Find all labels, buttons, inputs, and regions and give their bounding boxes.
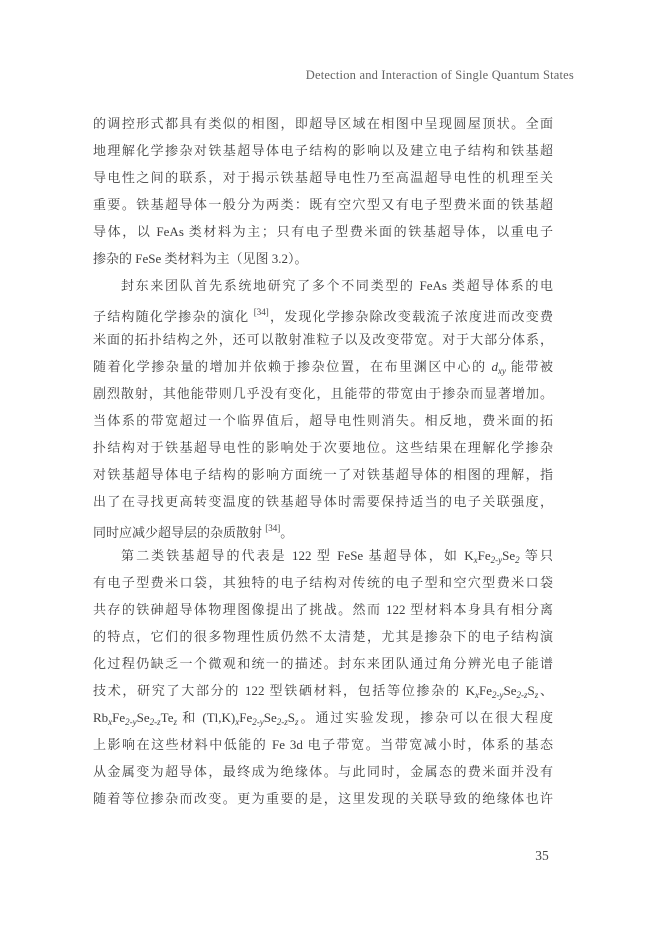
text-segment: Fe: [239, 710, 252, 725]
text-segment: 等只: [520, 548, 553, 563]
subscript: 2-y: [492, 690, 504, 700]
subscript: 2-y: [125, 717, 137, 727]
subscript: 2-z: [277, 717, 288, 727]
subscript: 2-y: [252, 717, 264, 727]
page-number: 35: [520, 848, 564, 864]
text-segment: Fe: [478, 548, 491, 563]
text-segment: 和 (Tl,K): [177, 710, 235, 725]
text-line: 有电子型费米口袋，其独特的电子结构对传统的电子型和空穴型费米口袋: [93, 569, 553, 596]
text-line: 剧烈散射，其他能带则几乎没有变化，且能带的带宽由于掺杂而显著增加。: [93, 380, 553, 407]
text-line: 封东来团队首先系统地研究了多个不同类型的 FeAs 类超导体系的电: [93, 272, 553, 299]
text-line: 从金属变为超导体，最终成为绝缘体。与此同时，金属态的费米面并没有: [93, 758, 553, 785]
document-body: 的调控形式都具有类似的相图，即超导区域在相图中呈现圆屋顶状。全面地理解化学掺杂对…: [93, 110, 553, 812]
text-line: 重要。铁基超导体一般分为两类：既有空穴型又有电子型费米面的铁基超: [93, 191, 553, 218]
text-segment: 随着化学掺杂量的增加并依赖于掺杂位置，在布里渊区中心的: [93, 359, 491, 374]
text-segment: Se: [137, 710, 150, 725]
text-line: 出了在寻找更高转变温度的铁基超导体时需要保持适当的电子关联强度，: [93, 488, 553, 515]
text-line: 地理解化学掺杂对铁基超导体电子结构的影响以及建立电子结构和铁基超: [93, 137, 553, 164]
text-line: 米面的拓扑结构之外，还可以散射准粒子以及改变带宽。对于大部分体系，: [93, 326, 553, 353]
text-line: 技术，研究了大部分的 122 型铁硒材料，包括等位掺杂的 KxFe2-ySe2-…: [93, 677, 553, 704]
text-segment: Se: [264, 710, 277, 725]
text-line: 的调控形式都具有类似的相图，即超导区域在相图中呈现圆屋顶状。全面: [93, 110, 553, 137]
text-line: 的特点，它们的很多物理性质仍然不太清楚，尤其是掺杂下的电子结构演: [93, 623, 553, 650]
text-segment: 子结构随化学掺杂的演化: [93, 309, 254, 324]
text-segment: 技术，研究了大部分的 122 型铁硒材料，包括等位掺杂的 K: [93, 683, 475, 698]
text-line: 共存的铁砷超导体物理图像提出了挑战。然而 122 型材料本身具有相分离: [93, 596, 553, 623]
text-segment: 、: [538, 683, 553, 698]
text-segment: 。: [280, 525, 293, 540]
text-line: 导电性之间的联系，对于揭示铁基超导电性乃至高温超导电性的机理至关: [93, 164, 553, 191]
citation-superscript: [34]: [254, 307, 269, 317]
subscript: 2-z: [150, 717, 161, 727]
text-line: 掺杂的 FeSe 类材料为主（见图 3.2）。: [93, 245, 553, 272]
text-line: 随着等位掺杂而改变。更为重要的是，这里发现的关联导致的绝缘体也许: [93, 785, 553, 812]
running-header: Detection and Interaction of Single Quan…: [306, 68, 574, 83]
citation-superscript: [34]: [265, 523, 280, 533]
text-segment: 同时应减少超导层的杂质散射: [93, 525, 265, 540]
paragraph: 的调控形式都具有类似的相图，即超导区域在相图中呈现圆屋顶状。全面地理解化学掺杂对…: [93, 110, 553, 272]
text-segment: Se: [502, 548, 515, 563]
text-line: 第二类铁基超导的代表是 122 型 FeSe 基超导体，如 KxFe2-ySe2…: [93, 542, 553, 569]
text-segment: 能带被: [506, 359, 553, 374]
text-line: 导体，以 FeAs 类材料为主；只有电子型费米面的铁基超导体，以重电子: [93, 218, 553, 245]
text-line: 扑结构对于铁基超导电性的影响处于次要地位。这些结果在理解化学掺杂: [93, 434, 553, 461]
paragraph: 第二类铁基超导的代表是 122 型 FeSe 基超导体，如 KxFe2-ySe2…: [93, 542, 553, 812]
text-segment: Te: [161, 710, 174, 725]
subscript: xy: [498, 366, 506, 376]
paragraph: 封东来团队首先系统地研究了多个不同类型的 FeAs 类超导体系的电子结构随化学掺…: [93, 272, 553, 542]
text-line: RbxFe2-ySe2-zTez 和 (Tl,K)xFe2-ySe2-zSz。通…: [93, 704, 553, 731]
text-line: 当体系的带宽超过一个临界值后，超导电性则消失。相反地，费米面的拓: [93, 407, 553, 434]
text-segment: 。通过实验发现，掺杂可以在很大程度: [299, 710, 553, 725]
text-line: 化过程仍缺乏一个微观和统一的描述。封东来团队通过角分辨光电子能谱: [93, 650, 553, 677]
text-line: 对铁基超导体电子结构的影响方面统一了对铁基超导体的相图的理解，指: [93, 461, 553, 488]
subscript: 2-y: [491, 555, 503, 565]
subscript: 2-z: [517, 690, 528, 700]
text-line: 子结构随化学掺杂的演化 [34]，发现化学掺杂除改变载流子浓度进而改变费: [93, 299, 553, 326]
text-segment: Fe: [479, 683, 492, 698]
text-segment: S: [528, 683, 535, 698]
text-line: 同时应减少超导层的杂质散射 [34]。: [93, 515, 553, 542]
text-line: 随着化学掺杂量的增加并依赖于掺杂位置，在布里渊区中心的 dxy 能带被: [93, 353, 553, 380]
text-segment: S: [288, 710, 295, 725]
document-page: Detection and Interaction of Single Quan…: [0, 0, 666, 930]
text-segment: ，发现化学掺杂除改变载流子浓度进而改变费: [269, 309, 553, 324]
text-segment: Fe: [112, 710, 125, 725]
text-segment: Rb: [93, 710, 108, 725]
text-segment: 第二类铁基超导的代表是 122 型 FeSe 基超导体，如 K: [121, 548, 474, 563]
text-segment: Se: [504, 683, 517, 698]
text-line: 上影响在这些材料中低能的 Fe 3d 电子带宽。当带宽减小时，体系的基态: [93, 731, 553, 758]
